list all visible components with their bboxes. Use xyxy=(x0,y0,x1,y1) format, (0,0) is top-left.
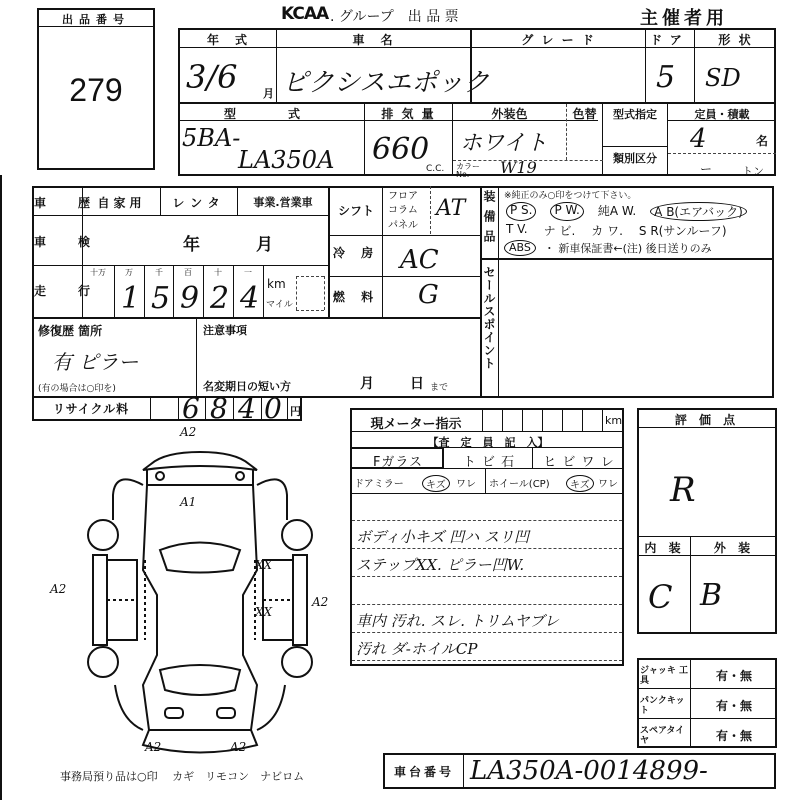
name-change-month: 月 xyxy=(360,373,374,393)
repair-value: 有 ピラー xyxy=(52,346,138,375)
model-value-line2: LA350A xyxy=(238,146,334,174)
chassis-label: 車台番号 xyxy=(385,763,463,780)
inspection-label: 車 検 xyxy=(34,233,82,250)
mileage-digit: 4 xyxy=(240,281,259,316)
history-label: 車 歴 xyxy=(34,194,82,211)
name-change-until: まで xyxy=(430,380,448,393)
mileage-label: 走 行 xyxy=(34,282,82,299)
door-mirror-scratch[interactable]: キズ xyxy=(422,475,450,492)
recycle-digit: 6 xyxy=(182,392,200,425)
model-label: 型 式 xyxy=(180,105,364,122)
equipment-leather[interactable]: カ ワ. xyxy=(591,222,623,239)
mileage-digit-label: 百 xyxy=(174,267,202,278)
mark-front-left: A2 xyxy=(145,740,161,754)
car-name-label: 車 名 xyxy=(277,31,470,48)
fuel-value: G xyxy=(418,280,439,310)
recycle-digit: 4 xyxy=(238,392,256,425)
notes-label: 注意事項 xyxy=(203,322,247,338)
grade-label: グ レ ー ド xyxy=(472,31,645,48)
equipment-warranty[interactable]: ・ 新車保証書←(注) 後日送りのみ xyxy=(544,240,712,256)
accessory-label: パンクキット xyxy=(640,696,690,716)
mileage-digit-label: 十万 xyxy=(84,267,112,278)
mileage-digit-label: 一 xyxy=(234,267,262,278)
lot-number-label: 出品番号 xyxy=(39,11,153,27)
mark-left-side: A2 xyxy=(50,582,66,596)
exterior-label: 外 装 xyxy=(691,539,777,556)
inspection-year: 年 xyxy=(183,230,200,255)
equipment-tv[interactable]: T V. xyxy=(506,222,528,239)
mileage-digit-label: 十 xyxy=(204,267,232,278)
load-unit: トン xyxy=(742,163,764,179)
inspection-month: 月 xyxy=(256,230,273,255)
displacement-label: 排 気 量 xyxy=(365,105,452,122)
doors-value: 5 xyxy=(656,60,675,95)
accessory-value[interactable]: 有・無 xyxy=(692,667,776,684)
mileage-digit: 9 xyxy=(180,281,199,316)
doors-label: ドア xyxy=(646,31,694,48)
equipment-abs[interactable]: ABS xyxy=(504,240,536,256)
sales-point-label: セールスポイント xyxy=(482,266,498,370)
fuel-label: 燃 料 xyxy=(330,288,382,305)
mileage-digit: 5 xyxy=(151,281,170,316)
mileage-unit-mile: マイル xyxy=(266,297,293,310)
history-option-private: 自家用 xyxy=(83,194,160,211)
history-option-commercial: 事業.営業車 xyxy=(238,194,328,210)
history-option-rental: レンタ xyxy=(161,194,237,211)
meter-unit: km xyxy=(605,414,622,427)
equipment-label: 装備品 xyxy=(482,190,498,250)
recycle-digit: 0 xyxy=(264,392,282,425)
category-label: 類別区分 xyxy=(603,150,667,166)
capacity-unit: 名 xyxy=(756,132,768,149)
recycle-digit: 8 xyxy=(210,392,228,425)
diagram-footer: 事務局預り品は○印 カギ リモコン ナビロム xyxy=(60,768,304,784)
mileage-unit-km: km xyxy=(267,277,286,291)
glass-option-crack[interactable]: ヒ ビ ワ レ xyxy=(534,451,624,470)
year-label: 年 式 xyxy=(180,31,276,48)
interior-value: C xyxy=(648,578,672,616)
equipment-sr[interactable]: S R(サンルーフ) xyxy=(639,222,727,239)
equipment-ps[interactable]: P S. xyxy=(506,202,536,221)
mark-roof: A1 xyxy=(180,495,196,509)
color-no-value: W19 xyxy=(500,158,537,177)
year-value: 3/6 xyxy=(186,58,238,96)
equipment-ab[interactable]: A B(エアバック) xyxy=(650,202,747,221)
color-no-label: カラー No. xyxy=(456,163,484,179)
recycle-unit: 円 xyxy=(290,403,301,419)
glass-label: Fガラス xyxy=(352,451,444,470)
mark-right-door-front: XX xyxy=(255,605,272,619)
equipment-aw[interactable]: 純A W. xyxy=(598,202,636,221)
mileage-digit-label: 万 xyxy=(115,267,143,278)
capacity-value: 4 xyxy=(690,124,707,154)
recycle-label: リサイクル料 xyxy=(34,400,148,417)
brand-logo: KCAA xyxy=(281,4,328,24)
equipment-row-3: ABS ・ 新車保証書←(注) 後日送りのみ xyxy=(504,240,712,256)
mark-right-side: A2 xyxy=(312,595,328,609)
equipment-note: ※純正のみ○印をつけて下さい。 xyxy=(504,188,636,201)
shift-value: AT xyxy=(436,196,465,221)
capacity-label: 定員・積載 xyxy=(668,106,776,122)
mark-front-right: A2 xyxy=(230,740,246,754)
lot-number-box: 出品番号 279 xyxy=(37,8,155,170)
color-value: ホワイト xyxy=(460,126,547,157)
accessory-label: スペアタイヤ xyxy=(640,726,690,746)
mileage-digit: 2 xyxy=(210,281,229,316)
color-change-label: 色替 xyxy=(567,105,602,122)
equipment-row-2: T V. ナ ビ. カ ワ. S R(サンルーフ) xyxy=(506,222,727,239)
ac-label: 冷 房 xyxy=(330,244,382,261)
accessory-value[interactable]: 有・無 xyxy=(692,697,776,714)
exterior-value: B xyxy=(700,578,722,613)
remark-line: ステップXX. ピラー凹W. xyxy=(356,554,524,575)
wheel-crack[interactable]: ワレ xyxy=(598,475,618,490)
color-label: 外装色 xyxy=(453,105,566,122)
shift-option-floor: フロア xyxy=(388,187,418,202)
model-value-line1: 5BA- xyxy=(182,124,240,152)
remark-line: 汚れ ダ-ホイルCP xyxy=(356,638,477,659)
remark-line: 車内 汚れ. スレ. トリムヤブレ xyxy=(356,610,559,631)
remark-line: ボディ小キズ 凹ハ スリ凹 xyxy=(356,526,529,547)
car-damage-diagram xyxy=(75,430,325,770)
shift-option-column: コラム xyxy=(388,201,418,216)
meter-label: 現メーター指示 xyxy=(352,413,480,432)
shape-value: SD xyxy=(705,64,741,92)
equipment-row-1: P S. P W. 純A W. A B(エアバック) xyxy=(506,202,747,221)
accessory-label: ジャッキ 工具 xyxy=(640,666,690,686)
mileage-digit: 1 xyxy=(121,281,140,316)
car-name-value: ピクシスエポック xyxy=(282,62,489,99)
load-value: ー xyxy=(700,160,712,177)
name-change-day: 日 xyxy=(410,373,424,393)
lot-number: 279 xyxy=(39,72,153,109)
shift-label: シフト xyxy=(330,202,382,219)
glass-option-chip[interactable]: ト ビ 石 xyxy=(446,451,532,470)
month-unit: 月 xyxy=(263,85,274,101)
wheel-label: ホイール(CP) xyxy=(489,475,550,490)
shift-option-panel: パネル xyxy=(388,216,418,231)
mark-right-door-rear: XX xyxy=(255,558,272,572)
shape-label: 形 状 xyxy=(695,31,776,48)
accessory-value[interactable]: 有・無 xyxy=(692,727,776,744)
mileage-digit-label: 千 xyxy=(145,267,173,278)
organizer-label: 主催者用 xyxy=(640,4,728,30)
repair-label: 修復歴 箇所 xyxy=(38,322,102,339)
displacement-unit: C.C. xyxy=(426,164,444,174)
rating-value: R xyxy=(670,470,696,510)
chassis-value: LA350A-0014899- xyxy=(470,756,708,786)
model-designation-label: 型式指定 xyxy=(603,106,667,122)
door-mirror-crack[interactable]: ワレ xyxy=(456,475,476,490)
displacement-value: 660 xyxy=(372,132,429,167)
equipment-pw[interactable]: P W. xyxy=(550,202,583,221)
interior-label: 内 装 xyxy=(639,539,690,556)
form-title: . グループ 出 品 票 xyxy=(330,6,459,26)
equipment-navi[interactable]: ナ ビ. xyxy=(544,222,576,239)
door-mirror-label: ドアミラー xyxy=(354,475,404,490)
mark-rear: A2 xyxy=(180,425,196,439)
wheel-scratch[interactable]: キズ xyxy=(566,475,594,492)
rating-label: 評 価 点 xyxy=(639,411,775,428)
ac-value: AC xyxy=(400,245,439,275)
repair-note: (有の場合は○印を) xyxy=(38,381,116,394)
